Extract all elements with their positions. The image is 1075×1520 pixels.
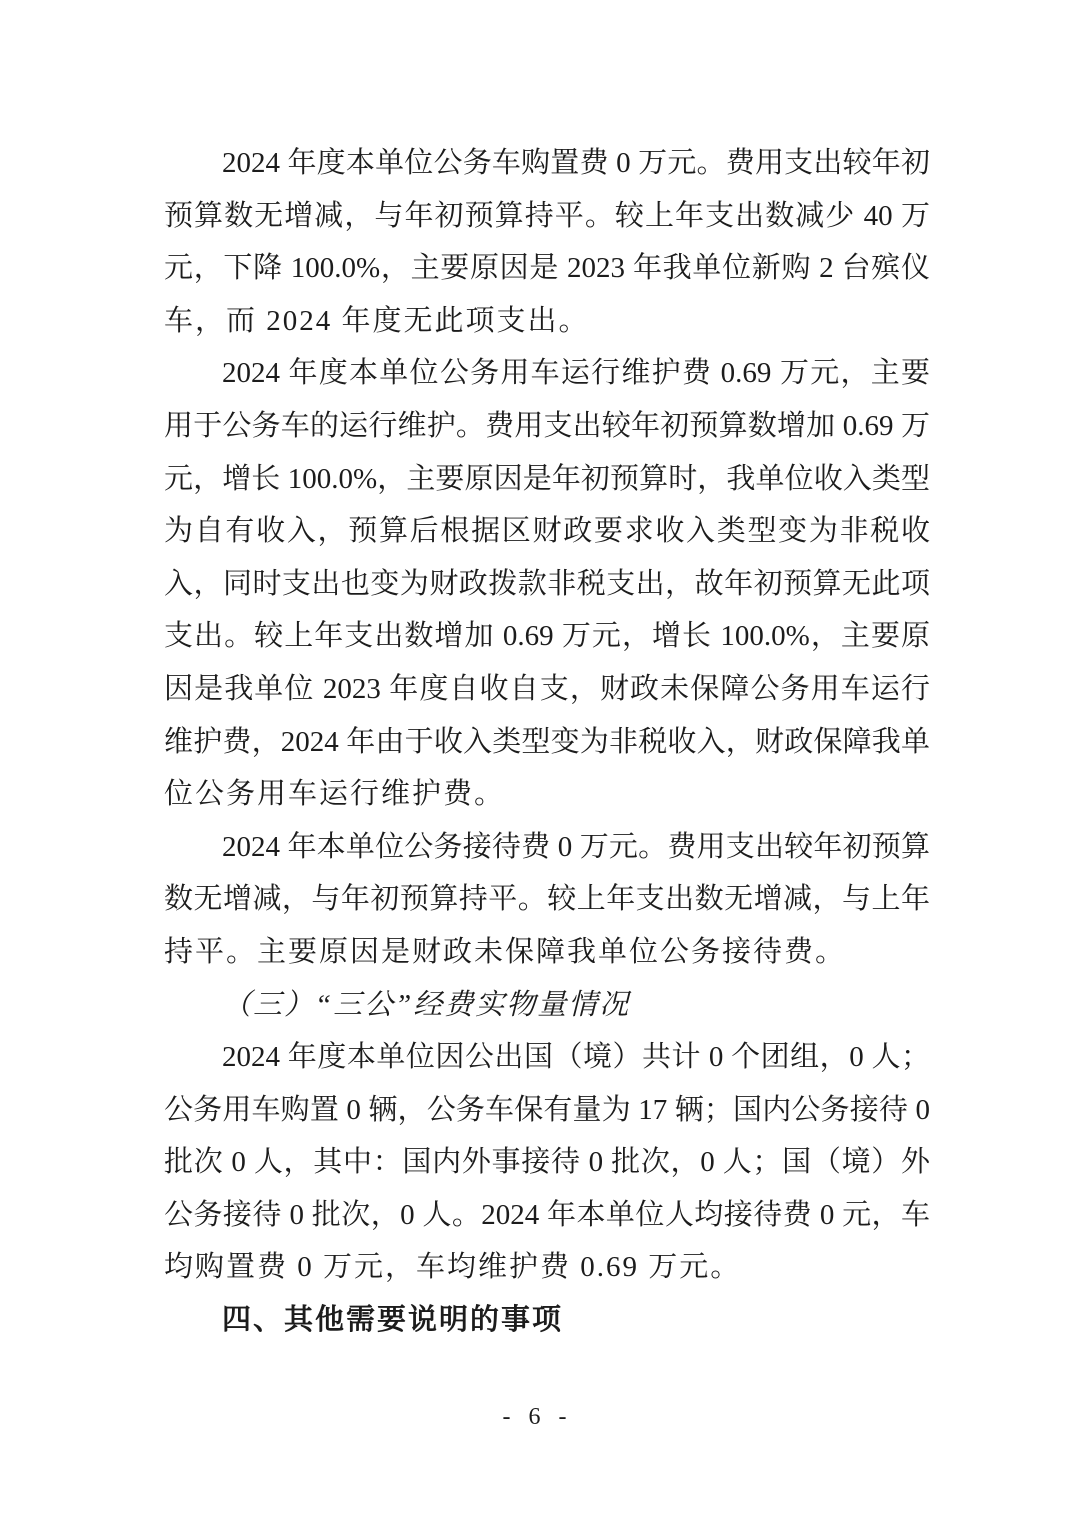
text-line: 维护费，2024 年由于收入类型变为非税收入，财政保障我单 (164, 716, 930, 769)
text-line: 2024 年本单位公务接待费 0 万元。费用支出较年初预算 (164, 821, 930, 874)
text-line: 持平。主要原因是财政未保障我单位公务接待费。 (164, 926, 930, 979)
section-heading-three-public-funds: （三）“三公”经费实物量情况 (164, 979, 930, 1032)
text-line: 入，同时支出也变为财政拨款非税支出，故年初预算无此项 (164, 558, 930, 611)
text-line: 2024 年度本单位公务用车运行维护费 0.69 万元，主要 (164, 347, 930, 400)
text-line: 用于公务车的运行维护。费用支出较年初预算数增加 0.69 万 (164, 400, 930, 453)
text-line: 均购置费 0 万元，车均维护费 0.69 万元。 (164, 1241, 930, 1294)
text-line: 因是我单位 2023 年度自收自支，财政未保障公务用车运行 (164, 663, 930, 716)
text-line: 2024 年度本单位公务车购置费 0 万元。费用支出较年初 (164, 137, 930, 190)
text-line: 公务接待 0 批次，0 人。2024 年本单位人均接待费 0 元，车 (164, 1189, 930, 1242)
paragraph-vehicle-maintenance: 2024 年度本单位公务用车运行维护费 0.69 万元，主要 用于公务车的运行维… (164, 347, 930, 820)
text-line: 数无增减，与年初预算持平。较上年支出数无增减，与上年 (164, 873, 930, 926)
page-number: - 6 - (0, 1401, 1075, 1433)
text-line: 公务用车购置 0 辆，公务车保有量为 17 辆；国内公务接待 0 (164, 1084, 930, 1137)
text-line: 2024 年度本单位因公出国（境）共计 0 个团组，0 人； (164, 1031, 930, 1084)
text-line: 车，而 2024 年度无此项支出。 (164, 295, 930, 348)
text-line: 元，增长 100.0%，主要原因是年初预算时，我单位收入类型 (164, 453, 930, 506)
text-line: 元，下降 100.0%，主要原因是 2023 年我单位新购 2 台殡仪 (164, 242, 930, 295)
document-page: 2024 年度本单位公务车购置费 0 万元。费用支出较年初 预算数无增减，与年初… (0, 0, 1075, 1520)
paragraph-reception-expense: 2024 年本单位公务接待费 0 万元。费用支出较年初预算 数无增减，与年初预算… (164, 821, 930, 979)
text-line: 预算数无增减，与年初预算持平。较上年支出数减少 40 万 (164, 190, 930, 243)
paragraph-vehicle-purchase: 2024 年度本单位公务车购置费 0 万元。费用支出较年初 预算数无增减，与年初… (164, 137, 930, 347)
text-line: 支出。较上年支出数增加 0.69 万元，增长 100.0%，主要原 (164, 610, 930, 663)
text-line: 批次 0 人，其中：国内外事接待 0 批次，0 人；国（境）外 (164, 1136, 930, 1189)
paragraph-physical-quantities: 2024 年度本单位因公出国（境）共计 0 个团组，0 人； 公务用车购置 0 … (164, 1031, 930, 1294)
document-text-block: 2024 年度本单位公务车购置费 0 万元。费用支出较年初 预算数无增减，与年初… (164, 137, 930, 1347)
text-line: 为自有收入，预算后根据区财政要求收入类型变为非税收 (164, 505, 930, 558)
section-heading-other-matters: 四、其他需要说明的事项 (164, 1294, 930, 1347)
text-line: 位公务用车运行维护费。 (164, 768, 930, 821)
